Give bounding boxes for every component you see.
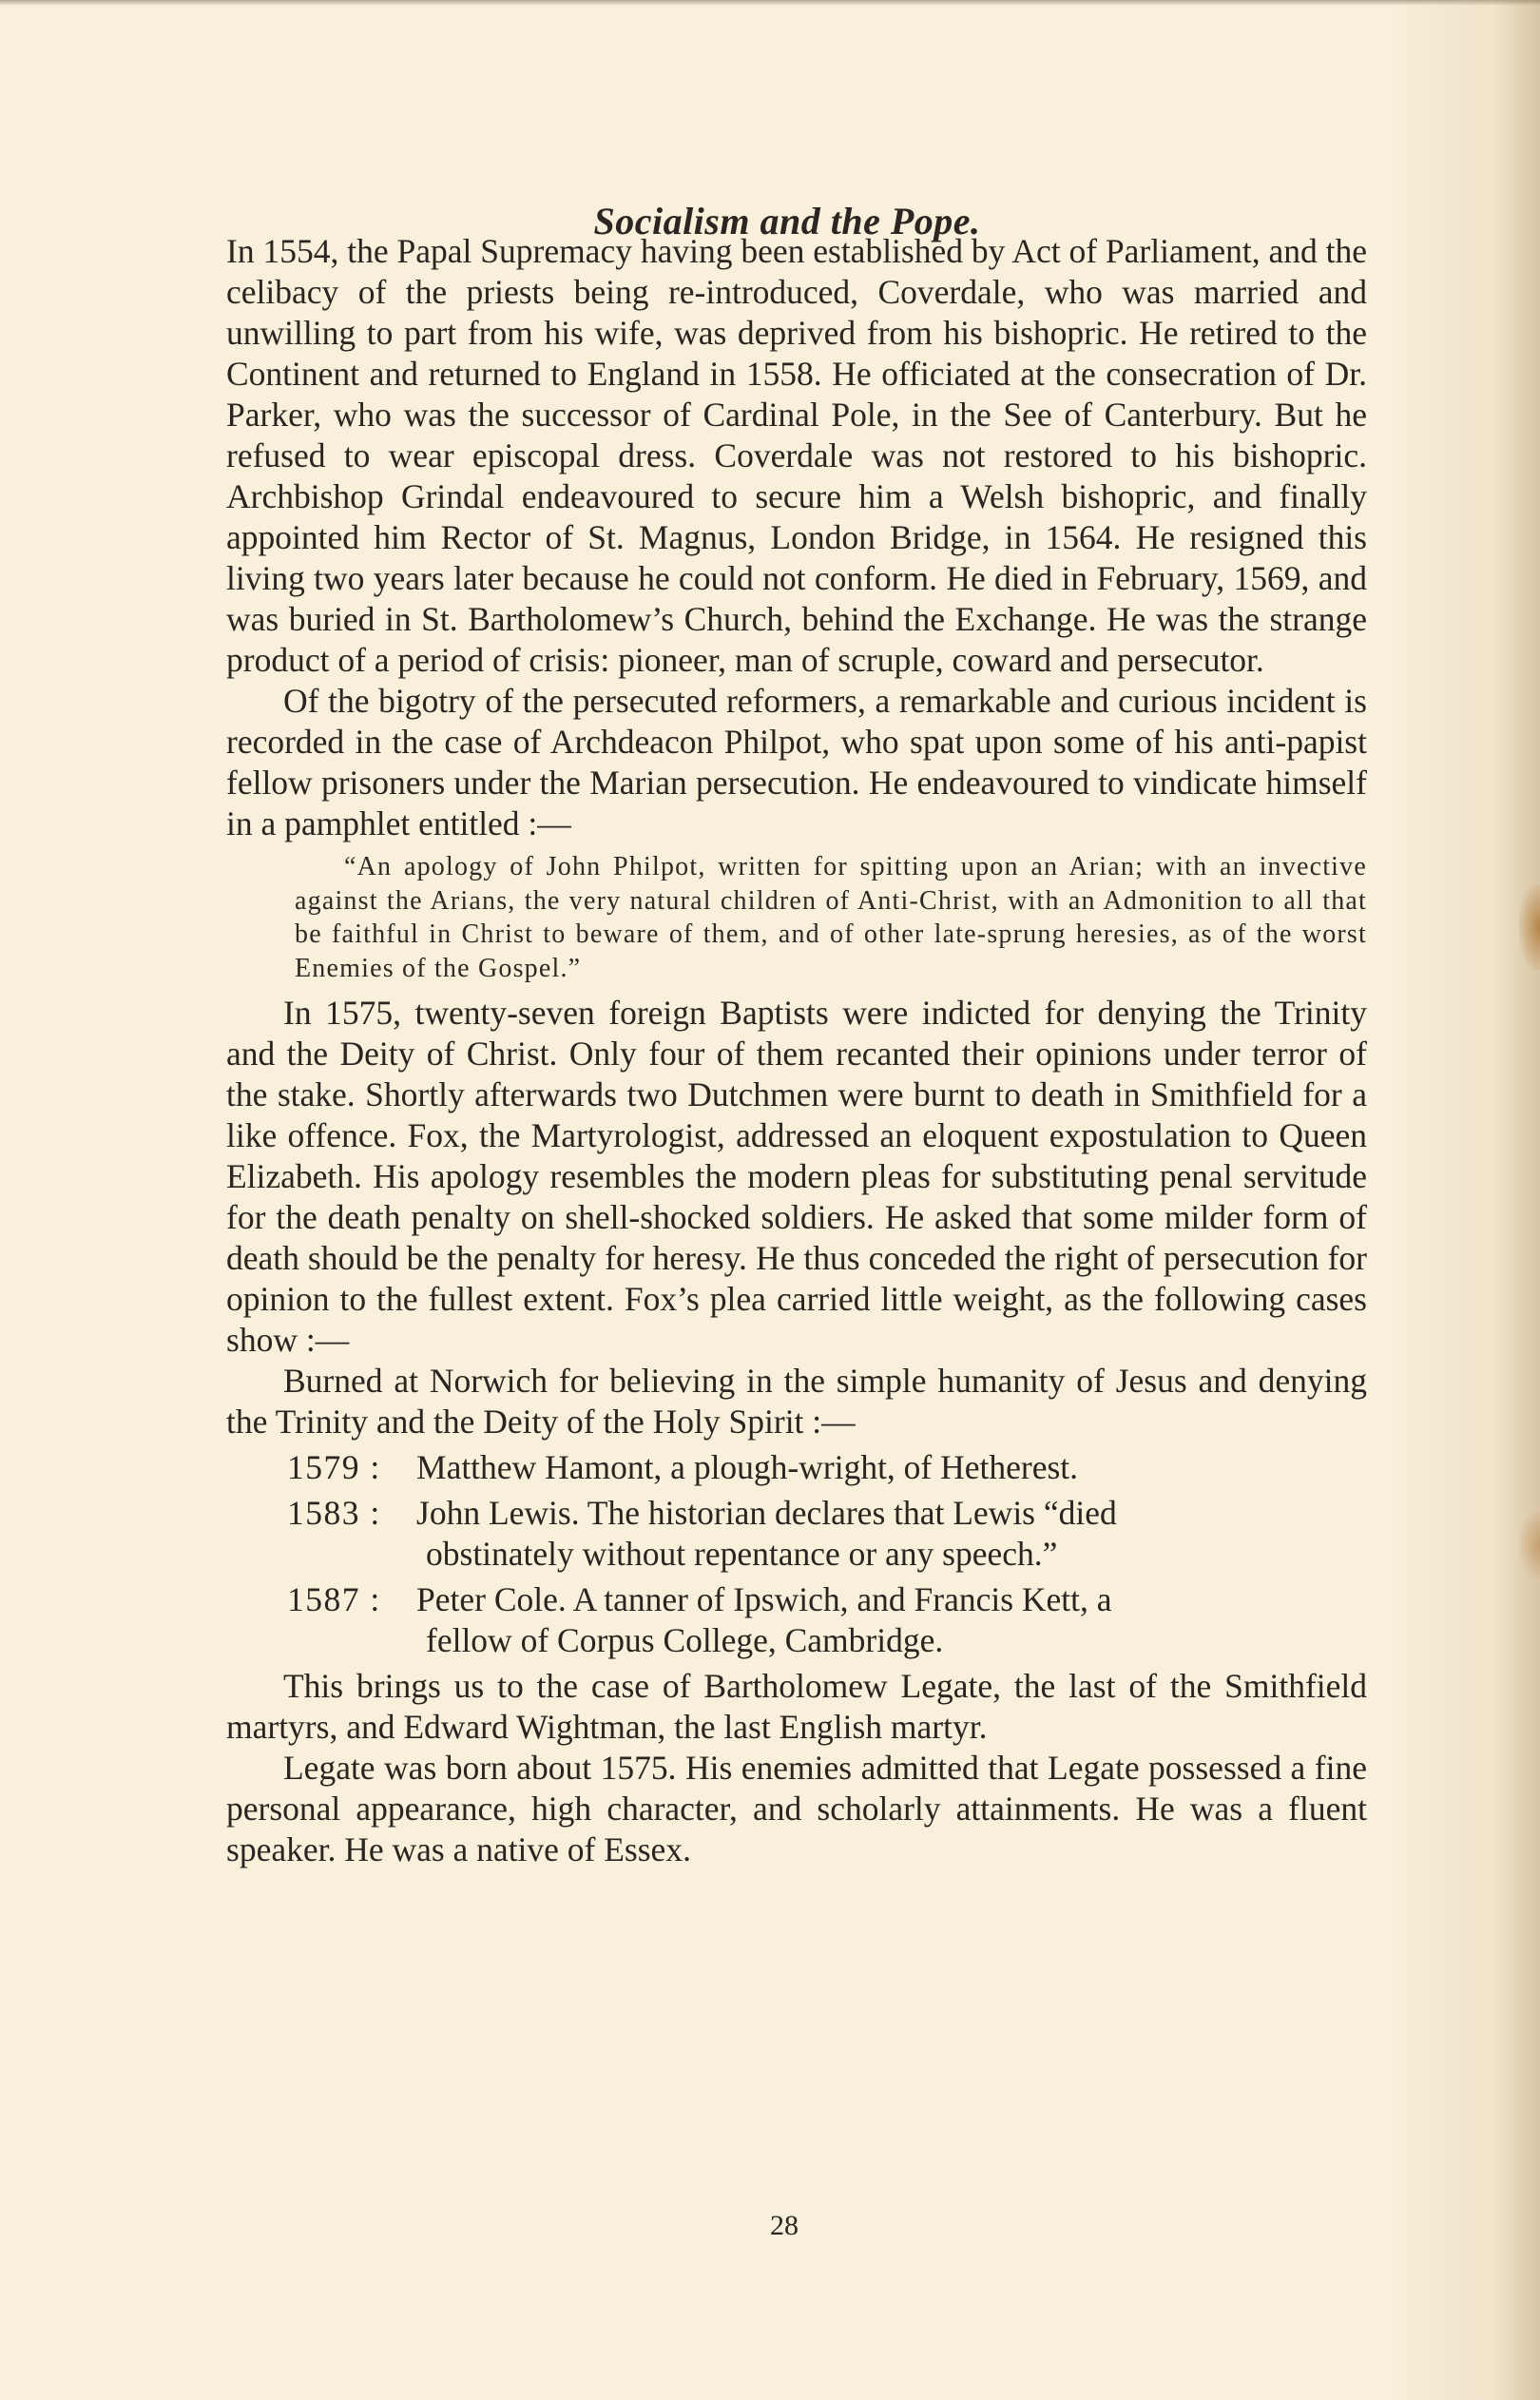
- page-edge-stain: [1519, 884, 1540, 970]
- case-text-line: Peter Cole. A tanner of Ipswich, and Fra…: [416, 1580, 1112, 1618]
- case-text-line: John Lewis. The historian declares that …: [416, 1494, 1117, 1532]
- case-text: Peter Cole. A tanner of Ipswich, and Fra…: [416, 1579, 1367, 1661]
- case-text-continuation: obstinately without repentance or any sp…: [416, 1534, 1367, 1575]
- case-text: John Lewis. The historian declares that …: [416, 1493, 1367, 1575]
- case-text-line: Matthew Hamont, a plough-wright, of Heth…: [416, 1448, 1078, 1486]
- cases-list: 1579 : Matthew Hamont, a plough-wright, …: [226, 1447, 1367, 1661]
- paragraph-burned-at-norwich: Burned at Norwich for believing in the s…: [226, 1361, 1367, 1442]
- block-quote-philpot-apology: “An apology of John Philpot, written for…: [295, 850, 1367, 985]
- case-text-continuation: fellow of Corpus College, Cambridge.: [416, 1620, 1367, 1661]
- paragraph-legate-biography: Legate was born about 1575. His enemies …: [226, 1748, 1367, 1870]
- list-item: 1579 : Matthew Hamont, a plough-wright, …: [226, 1447, 1367, 1488]
- case-year: 1583 :: [226, 1493, 416, 1575]
- case-year: 1587 :: [226, 1579, 416, 1661]
- paragraph-baptists-1575: In 1575, twenty-seven foreign Baptists w…: [226, 993, 1367, 1361]
- body-text: In 1554, the Papal Supremacy having been…: [226, 231, 1367, 1870]
- list-item: 1587 : Peter Cole. A tanner of Ipswich, …: [226, 1579, 1367, 1661]
- page-edge-stain: [1519, 1512, 1540, 1578]
- page-number: 28: [0, 2210, 1540, 2242]
- list-item: 1583 : John Lewis. The historian declare…: [226, 1493, 1367, 1575]
- case-year: 1579 :: [226, 1447, 416, 1488]
- case-text: Matthew Hamont, a plough-wright, of Heth…: [416, 1447, 1367, 1488]
- paragraph-philpot: Of the bigotry of the persecuted reforme…: [226, 681, 1367, 844]
- paragraph-legate-wightman: This brings us to the case of Bartholome…: [226, 1666, 1367, 1748]
- paragraph-coverdale: In 1554, the Papal Supremacy having been…: [226, 231, 1367, 681]
